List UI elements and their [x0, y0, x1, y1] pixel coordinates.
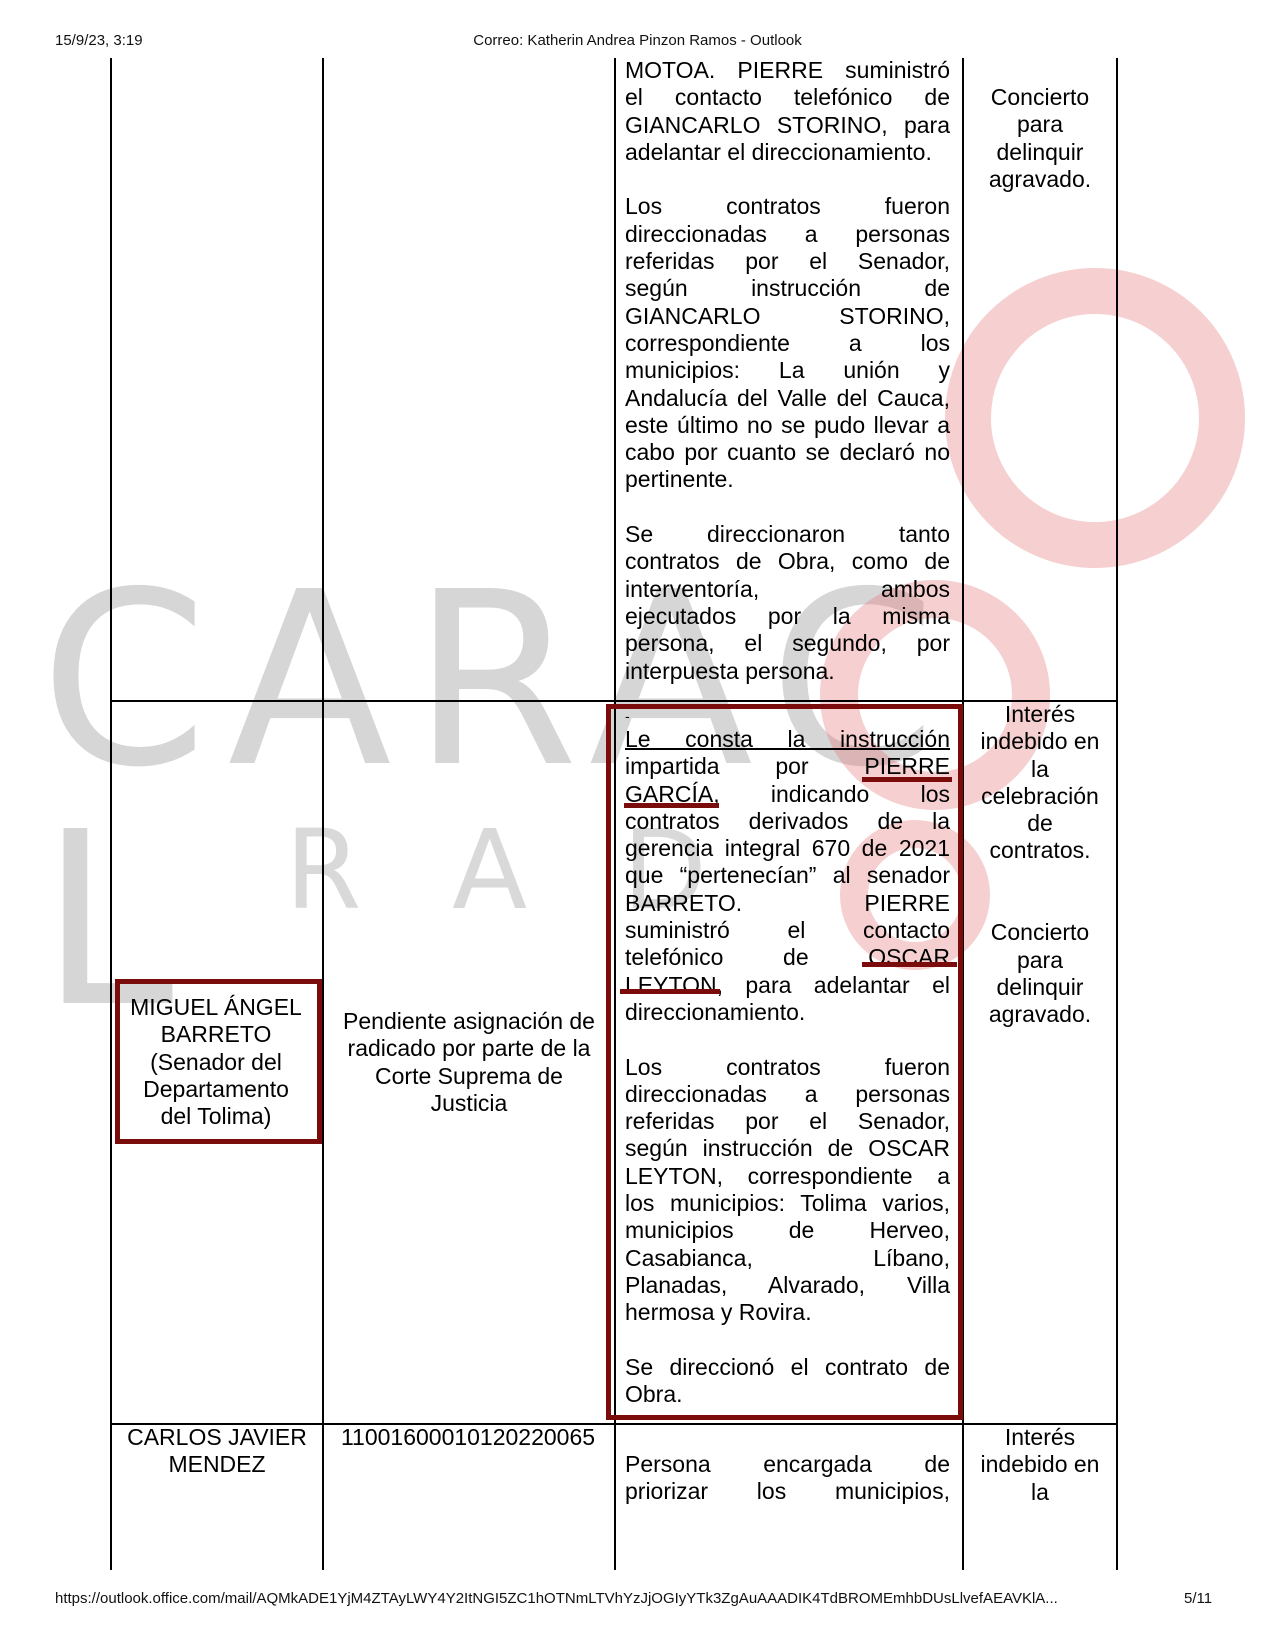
underline-garcia [624, 803, 719, 808]
row2-radicado: Pendiente asignación deradicado por part… [326, 1008, 612, 1117]
row3-facts: Persona encargada depriorizar los munici… [625, 1451, 950, 1506]
table-border-left [110, 58, 112, 1570]
page-number: 5/11 [1184, 1590, 1212, 1607]
row3-radicado: 11001600010120220065 [324, 1424, 612, 1451]
underline-pierre [862, 777, 952, 782]
underline-leyton [620, 989, 720, 994]
table-border-right [1116, 58, 1118, 1570]
name-pierre: PIERRE [864, 753, 950, 779]
row2-facts: - Le consta la instrucción impartida por… [625, 706, 950, 1408]
print-url: https://outlook.office.com/mail/AQMkADE1… [55, 1590, 1175, 1607]
watermark-ring-icon [945, 268, 1245, 568]
row3-crimes: Interésindebido enla [964, 1424, 1116, 1506]
table-col-divider [614, 58, 616, 1570]
row2-crimes: Interésindebido enlacelebracióndecontrat… [964, 701, 1116, 1029]
row3-name: CARLOS JAVIERMENDEZ [112, 1424, 322, 1479]
underline-oscar [862, 962, 957, 967]
row1-facts: MOTOA. PIERRE suministróel contacto tele… [625, 57, 950, 685]
row1-crimes: Conciertoparadelinquiragravado. [964, 84, 1116, 193]
row2-name: MIGUEL ÁNGELBARRETO(Senador delDepartame… [118, 994, 314, 1130]
print-title: Correo: Katherin Andrea Pinzon Ramos - O… [0, 32, 1275, 49]
table-col-divider [322, 58, 324, 1570]
